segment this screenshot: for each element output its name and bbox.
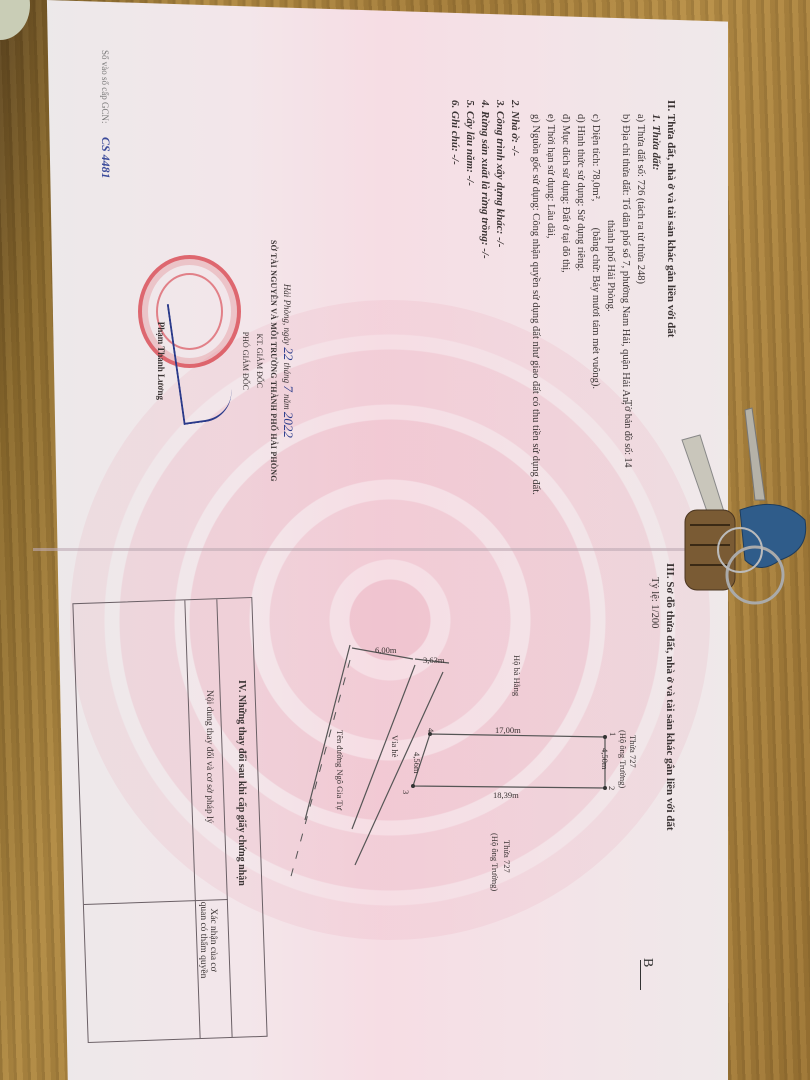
vertex-3: 3 bbox=[401, 790, 411, 794]
dim-bottom: 18,39m bbox=[493, 790, 519, 800]
dim-1-2: 4,50m bbox=[600, 748, 610, 770]
dim-road-width: 6,00m bbox=[375, 645, 397, 655]
neighbor-bottom-owner: (Hộ ông Trường) bbox=[490, 833, 500, 891]
dim-front: 4,56m bbox=[412, 752, 422, 774]
neighbor-side: Hộ bà Hằng bbox=[512, 655, 522, 696]
north-label: B bbox=[639, 958, 655, 967]
vertex-4: 4 bbox=[426, 728, 436, 732]
dim-top: 17,00m bbox=[495, 725, 521, 735]
neighbor-top: Thửa 727 bbox=[628, 735, 638, 768]
neighbor-bottom: Thửa 727 bbox=[502, 840, 512, 873]
section-4-heading: IV. Những thay đổi sau khi cấp giấy chứn… bbox=[236, 680, 247, 886]
neighbor-top-owner: (Hộ ông Trường) bbox=[618, 730, 628, 788]
road-label: Tên đường Ngô Gia Tự bbox=[335, 730, 345, 810]
keys-object bbox=[670, 400, 810, 630]
changes-column-header: Nội dung thay đổi và cơ sở pháp lý bbox=[204, 690, 214, 824]
vertex-1: 1 bbox=[608, 732, 618, 736]
authority-column-header: Xác nhận của cơ quan có thẩm quyền bbox=[198, 900, 218, 980]
dim-sidewalk-width: 3,63m bbox=[423, 655, 445, 665]
sidewalk-label: Vỉa hè bbox=[390, 735, 400, 757]
vertex-2: 2 bbox=[607, 786, 617, 790]
